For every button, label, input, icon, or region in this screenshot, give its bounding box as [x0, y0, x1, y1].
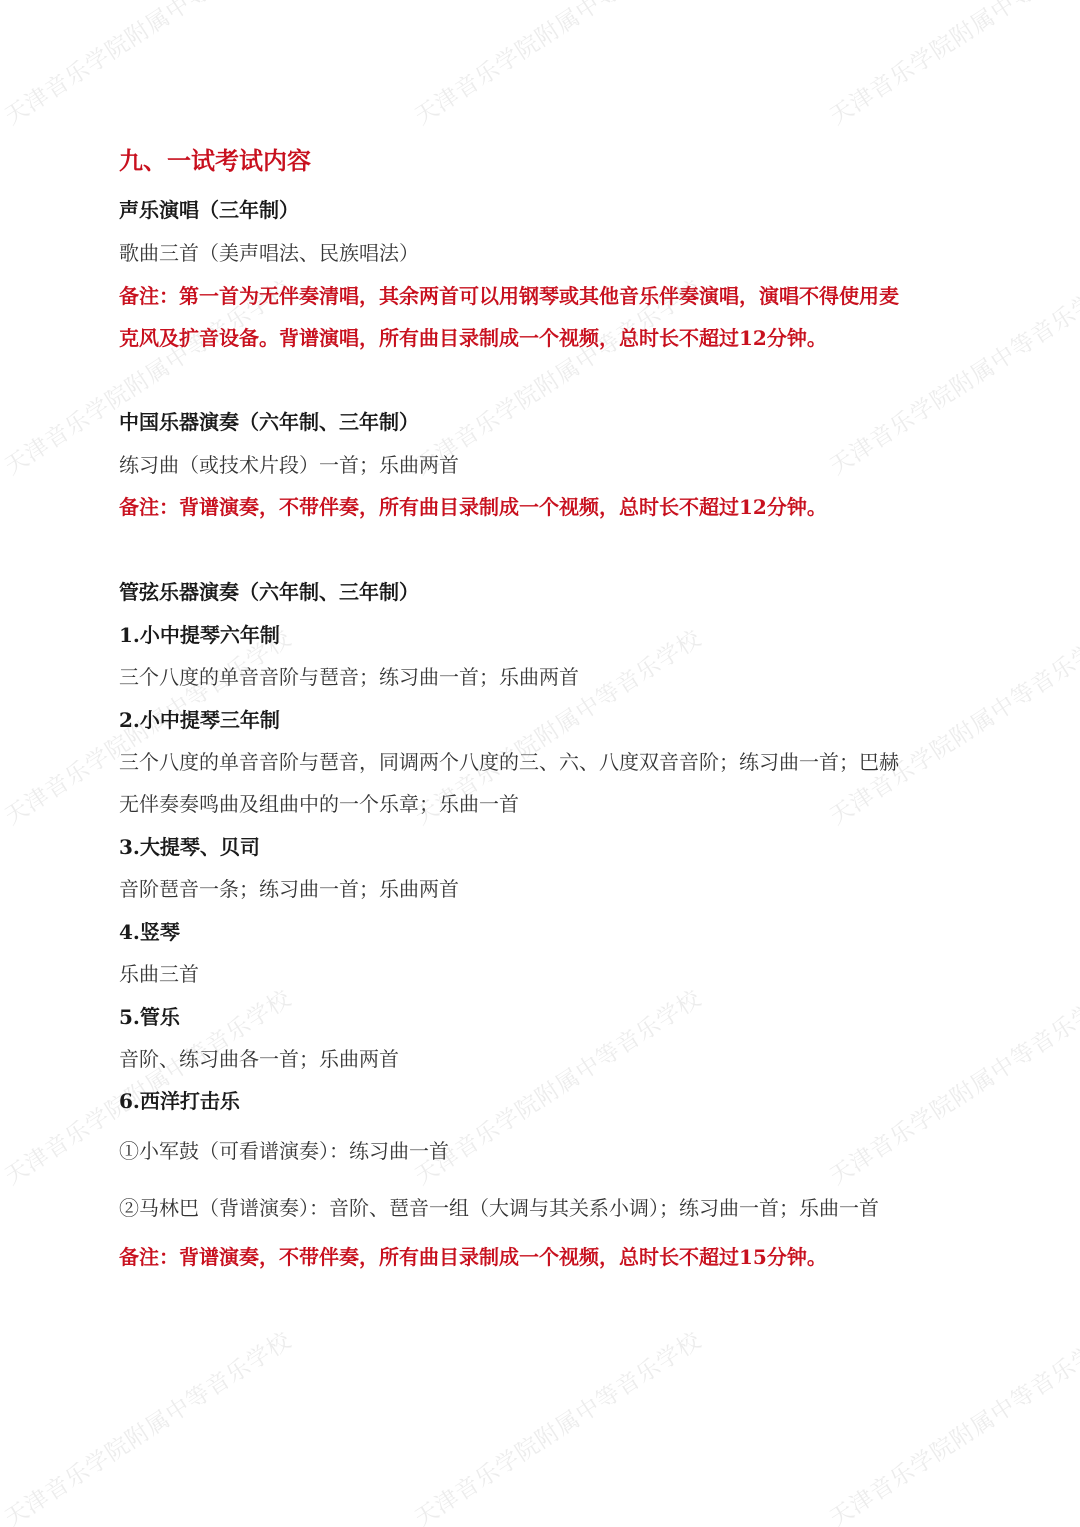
orchestral-item-title: 5.管乐 — [119, 1001, 180, 1030]
orchestral-item-line: 音阶、练习曲各一首；乐曲两首 — [119, 1043, 399, 1072]
chinese-instruments-note: 备注：背谱演奏，不带伴奏，所有曲目录制成一个视频，总时长不超过12分钟。 — [119, 491, 827, 520]
vocal-heading: 声乐演唱（三年制） — [119, 194, 299, 223]
watermark-text: 天津音乐学院附属中等音乐学校 — [0, 0, 297, 131]
vocal-note-line1: 备注：第一首为无伴奏清唱，其余两首可以用钢琴或其他音乐伴奏演唱，演唱不得使用麦 — [119, 280, 899, 309]
watermark-text: 天津音乐学院附属中等音乐学校 — [822, 620, 1080, 831]
watermark-text: 天津音乐学院附属中等音乐学校 — [822, 980, 1080, 1191]
orchestral-item-line: ②马林巴（背谱演奏）：音阶、琶音一组（大调与其关系小调）；练习曲一首；乐曲一首 — [119, 1192, 879, 1221]
watermark-text: 天津音乐学院附属中等音乐学校 — [407, 1322, 707, 1527]
orchestral-item-title: 1.小中提琴六年制 — [119, 619, 280, 648]
orchestral-item-title: 3.大提琴、贝司 — [119, 831, 260, 860]
orchestral-item-line: ①小军鼓（可看谱演奏）：练习曲一首 — [119, 1135, 449, 1164]
orchestral-item-line: 乐曲三首 — [119, 958, 199, 987]
orchestral-item-line: 三个八度的单音音阶与琶音；练习曲一首；乐曲两首 — [119, 661, 579, 690]
watermark-text: 天津音乐学院附属中等音乐学校 — [822, 0, 1080, 131]
orchestral-item-line: 无伴奏奏鸣曲及组曲中的一个乐章；乐曲一首 — [119, 788, 519, 817]
orchestral-heading: 管弦乐器演奏（六年制、三年制） — [119, 576, 419, 605]
vocal-requirement: 歌曲三首（美声唱法、民族唱法） — [119, 237, 419, 266]
chinese-instruments-heading: 中国乐器演奏（六年制、三年制） — [119, 406, 419, 435]
orchestral-item-title: 6.西洋打击乐 — [119, 1085, 240, 1114]
orchestral-item-line: 三个八度的单音音阶与琶音，同调两个八度的三、六、八度双音音阶；练习曲一首；巴赫 — [119, 746, 899, 775]
orchestral-item-line: 音阶琶音一条；练习曲一首；乐曲两首 — [119, 873, 459, 902]
vocal-note-line2: 克风及扩音设备。背谱演唱，所有曲目录制成一个视频，总时长不超过12分钟。 — [119, 322, 827, 351]
orchestral-item-title: 4.竖琴 — [119, 916, 180, 945]
watermark-text: 天津音乐学院附属中等音乐学校 — [407, 980, 707, 1191]
orchestral-note: 备注：背谱演奏，不带伴奏，所有曲目录制成一个视频，总时长不超过15分钟。 — [119, 1241, 827, 1270]
watermark-text: 天津音乐学院附属中等音乐学校 — [822, 1322, 1080, 1527]
orchestral-item-title: 2.小中提琴三年制 — [119, 704, 280, 733]
watermark-text: 天津音乐学院附属中等音乐学校 — [407, 0, 707, 131]
watermark-text: 天津音乐学院附属中等音乐学校 — [0, 1322, 297, 1527]
section-title: 九、一试考试内容 — [119, 141, 311, 176]
chinese-instruments-requirement: 练习曲（或技术片段）一首；乐曲两首 — [119, 449, 459, 478]
